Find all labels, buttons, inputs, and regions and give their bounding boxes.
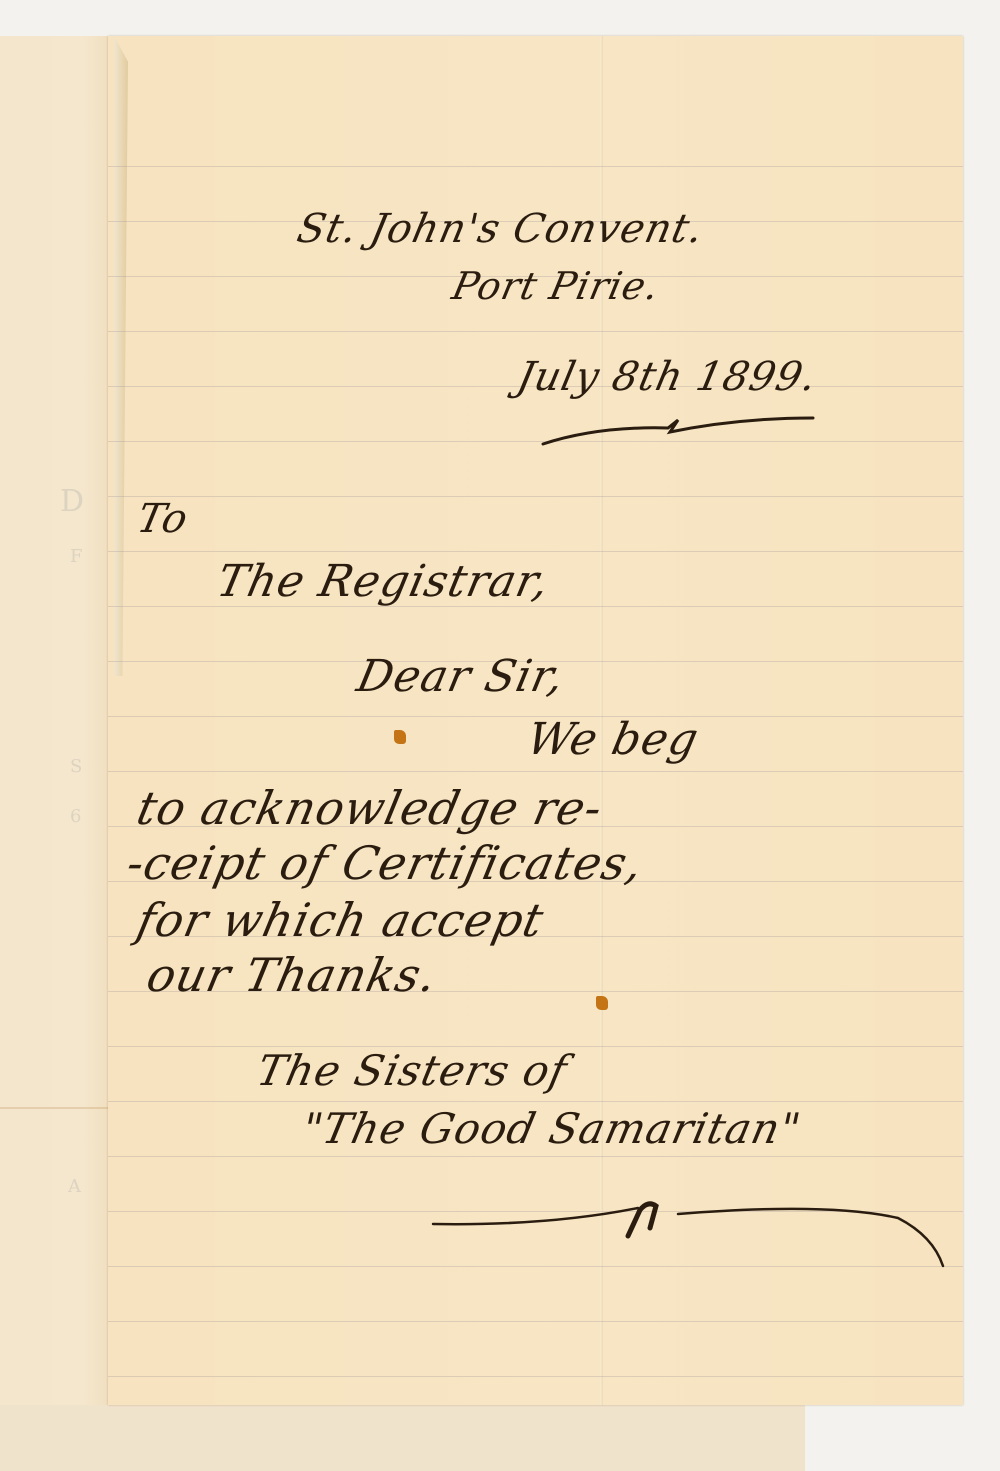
recipient-line: The Registrar,: [213, 556, 555, 607]
ruled-line: [108, 331, 963, 332]
ruled-line: [108, 1156, 963, 1157]
back-page: D F S 6 A: [0, 36, 118, 1471]
ink-stain: [596, 996, 608, 1010]
body-line: for which accept: [132, 893, 549, 947]
fold-crease: [0, 1107, 118, 1109]
body-line: to acknowledge re-: [132, 781, 607, 835]
ruled-line: [108, 496, 963, 497]
folded-edge: [114, 36, 128, 676]
letterhead-ghost-mark: D: [60, 484, 84, 519]
ruled-line: [108, 1321, 963, 1322]
body-line: our Thanks.: [142, 948, 442, 1002]
letterhead-ghost-mark: S: [70, 756, 82, 777]
underlying-sheet: [0, 1405, 805, 1471]
ruled-line: [108, 441, 963, 442]
letterhead-ghost-mark: A: [68, 1176, 81, 1197]
signature-line: The Sisters of: [253, 1046, 572, 1095]
ink-stain: [394, 730, 406, 744]
ruled-line: [108, 1101, 963, 1102]
letterhead-ghost-mark: 6: [70, 806, 81, 827]
ruled-line: [108, 551, 963, 552]
body-line: We beg: [523, 714, 704, 765]
letterhead-ghost-mark: F: [70, 546, 83, 567]
ruled-line: [108, 166, 963, 167]
address-line-convent: St. John's Convent.: [293, 206, 708, 252]
ruled-line: [108, 1376, 963, 1377]
greeting-line: Dear Sir,: [353, 651, 570, 702]
letter-date: July 8th 1899.: [513, 354, 821, 400]
ruled-line: [108, 771, 963, 772]
flourish-icon: [538, 406, 818, 451]
body-line: -ceipt of Certificates,: [122, 836, 648, 890]
salutation-to: To: [133, 496, 192, 542]
signature-line: "The Good Samaritan": [298, 1104, 806, 1153]
address-line-town: Port Pirie.: [448, 264, 663, 308]
flourish-icon: [428, 1196, 948, 1271]
letter-page: St. John's Convent. Port Pirie. July 8th…: [108, 36, 963, 1405]
